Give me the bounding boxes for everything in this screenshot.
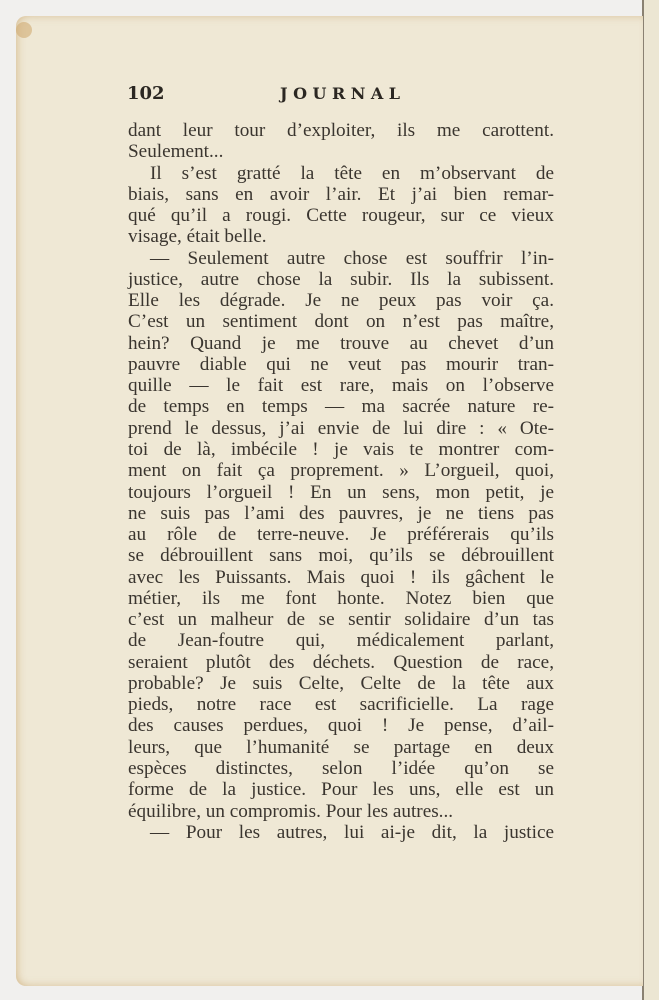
text-line: probable? Je suis Celte, Celte de la têt… bbox=[128, 673, 554, 694]
text-line: toi de là, imbécile ! je vais te montrer… bbox=[128, 439, 554, 460]
text-line: Seulement... bbox=[128, 141, 554, 162]
text-line: pauvre diable qui ne veut pas mourir tra… bbox=[128, 354, 554, 375]
text-line: ment on fait ça proprement. » L’orgueil,… bbox=[128, 460, 554, 481]
text-line: toujours l’orgueil ! En un sens, mon pet… bbox=[128, 482, 554, 503]
body-text: dant leur tour d’exploiter, ils me carot… bbox=[128, 120, 554, 843]
text-line: hein? Quand je me trouve au chevet d’un bbox=[128, 333, 554, 354]
text-line: quille — le fait est rare, mais on l’obs… bbox=[128, 375, 554, 396]
text-line: de Jean-foutre qui, médicalement parlant… bbox=[128, 630, 554, 651]
text-line: forme de la justice. Pour les uns, elle … bbox=[128, 779, 554, 800]
text-line: Elle les dégrade. Je ne peux pas voir ça… bbox=[128, 290, 554, 311]
adjacent-page-edge bbox=[644, 0, 659, 1000]
page-header: 102 JOURNAL bbox=[127, 83, 557, 105]
text-line: justice, autre chose la subir. Ils la su… bbox=[128, 269, 554, 290]
text-line: — Pour les autres, lui ai-je dit, la jus… bbox=[128, 822, 554, 843]
text-line: des causes perdues, quoi ! Je pense, d’a… bbox=[128, 715, 554, 736]
text-line: pieds, notre race est sacrificielle. La … bbox=[128, 694, 554, 715]
text-line: équilibre, un compromis. Pour les autres… bbox=[128, 801, 554, 822]
text-line: qué qu’il a rougi. Cette rougeur, sur ce… bbox=[128, 205, 554, 226]
text-line: avec les Puissants. Mais quoi ! ils gâch… bbox=[128, 567, 554, 588]
running-head: JOURNAL bbox=[280, 84, 406, 103]
text-line: visage, était belle. bbox=[128, 226, 554, 247]
text-line: prend le dessus, j’ai envie de lui dire … bbox=[128, 418, 554, 439]
text-line: leurs, que l’humanité se partage en deux bbox=[128, 737, 554, 758]
text-line: ne suis pas l’ami des pauvres, je ne tie… bbox=[128, 503, 554, 524]
text-line: c’est un malheur de se sentir solidaire … bbox=[128, 609, 554, 630]
page-number: 102 bbox=[127, 83, 165, 104]
text-line: se débrouillent sans moi, qu’ils se débr… bbox=[128, 545, 554, 566]
text-line: Il s’est gratté la tête en m’observant d… bbox=[128, 163, 554, 184]
text-line: métier, ils me font honte. Notez bien qu… bbox=[128, 588, 554, 609]
text-line: — Seulement autre chose est souffrir l’i… bbox=[128, 248, 554, 269]
text-line: au rôle de terre-neuve. Je préférerais q… bbox=[128, 524, 554, 545]
text-line: espèces distinctes, selon l’idée qu’on s… bbox=[128, 758, 554, 779]
text-line: C’est un sentiment dont on n’est pas maî… bbox=[128, 311, 554, 332]
text-line: seraient plutôt des déchets. Question de… bbox=[128, 652, 554, 673]
text-line: biais, sans en avoir l’air. Et j’ai bien… bbox=[128, 184, 554, 205]
text-line: de temps en temps — ma sacrée nature re- bbox=[128, 396, 554, 417]
text-line: dant leur tour d’exploiter, ils me carot… bbox=[128, 120, 554, 141]
